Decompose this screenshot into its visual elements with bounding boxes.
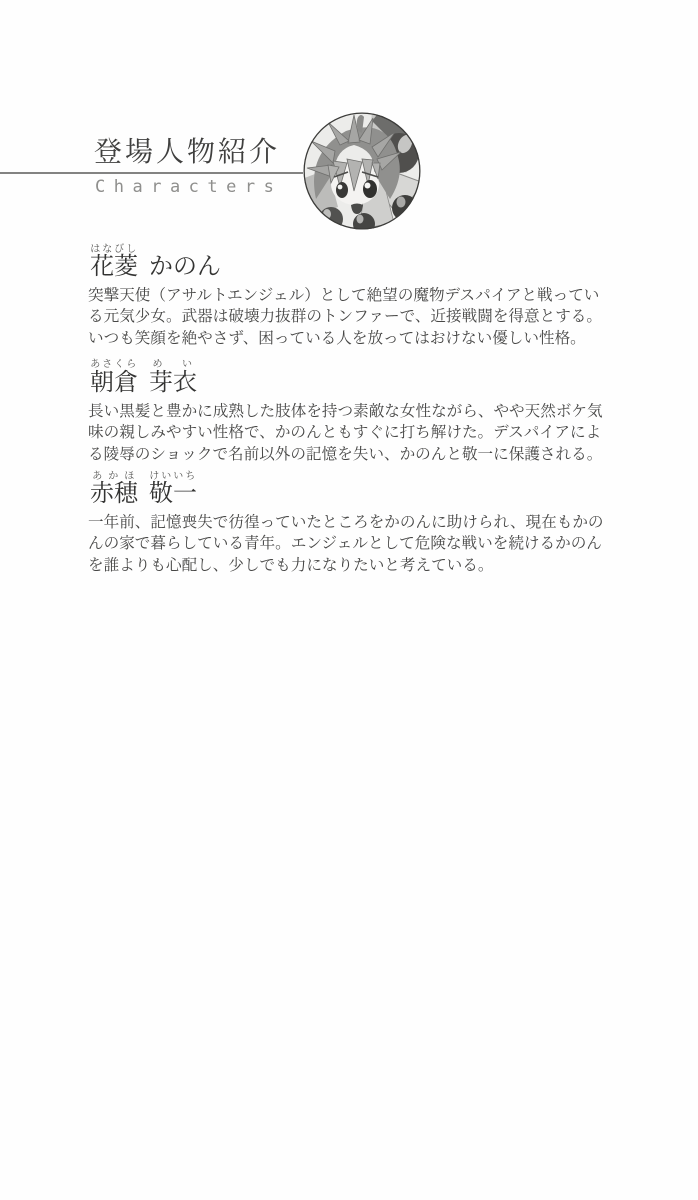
character-description: 長い黒髪と豊かに成熟した肢体を持つ素敵な女性ながら、やや天然ボケ気 味の親しみや… xyxy=(88,401,588,466)
furigana-label: けいいち xyxy=(149,471,197,482)
character-entry-kanon: 花菱はなびしかのん 突撃天使（アサルトエンジェル）として絶望の魔物デスパイアと戦… xyxy=(88,244,588,350)
character-surname: 花菱はなびし xyxy=(90,254,138,280)
description-line: を誰よりも心配し、少しでも力になりたいと考えている。 xyxy=(88,555,588,577)
page-subtitle: Characters xyxy=(95,177,282,197)
description-line: 長い黒髪と豊かに成熟した肢体を持つ素敵な女性ながら、やや天然ボケ気 xyxy=(88,401,588,423)
description-line: る陵辱のショックで名前以外の記憶を失い、かのんと敬一に保護される。 xyxy=(88,444,588,466)
description-line: 一年前、記憶喪失で彷徨っていたところをかのんに助けられ、現在もかの xyxy=(88,512,588,534)
character-given-name: 芽衣め い xyxy=(149,370,197,396)
page-title: 登場人物紹介 xyxy=(94,130,280,170)
character-given-name: かのん xyxy=(149,254,221,280)
description-line: んの家で暮らしている青年。エンジェルとして危険な戦いを続けるかのん xyxy=(88,533,588,555)
book-page: 登場人物紹介 Characters xyxy=(0,0,698,1200)
furigana-label: あかほ xyxy=(90,471,138,482)
furigana-label: はなびし xyxy=(90,244,138,255)
character-description: 一年前、記憶喪失で彷徨っていたところをかのんに助けられ、現在もかの んの家で暮ら… xyxy=(88,512,588,577)
character-description: 突撃天使（アサルトエンジェル）として絶望の魔物デスパイアと戦ってい る元気少女。… xyxy=(88,285,588,350)
character-entry-mei: 朝倉あさくら芽衣め い 長い黒髪と豊かに成熟した肢体を持つ素敵な女性ながら、やや… xyxy=(88,359,588,466)
anime-girl-portrait-icon xyxy=(302,111,422,231)
character-surname: 赤穂あかほ xyxy=(90,481,138,507)
description-line: 味の親しみやすい性格で、かのんともすぐに打ち解けた。デスパイアによ xyxy=(88,422,588,444)
character-name: 花菱はなびしかのん xyxy=(88,244,588,282)
character-entry-keiichi: 赤穂あかほ敬一けいいち 一年前、記憶喪失で彷徨っていたところをかのんに助けられ、… xyxy=(88,471,588,577)
character-portrait-image xyxy=(302,111,422,231)
description-line: 突撃天使（アサルトエンジェル）として絶望の魔物デスパイアと戦ってい xyxy=(88,285,588,307)
description-line: いつも笑顔を絶やさず、困っている人を放ってはおけない優しい性格。 xyxy=(88,328,588,350)
character-given-name: 敬一けいいち xyxy=(149,481,197,507)
furigana-label: め い xyxy=(149,359,197,370)
character-surname: 朝倉あさくら xyxy=(90,370,138,396)
header-divider-line xyxy=(0,172,303,174)
character-name: 朝倉あさくら芽衣め い xyxy=(88,359,588,398)
description-line: る元気少女。武器は破壊力抜群のトンファーで、近接戦闘を得意とする。 xyxy=(88,306,588,328)
furigana-label: あさくら xyxy=(90,359,138,370)
character-name: 赤穂あかほ敬一けいいち xyxy=(88,471,588,509)
